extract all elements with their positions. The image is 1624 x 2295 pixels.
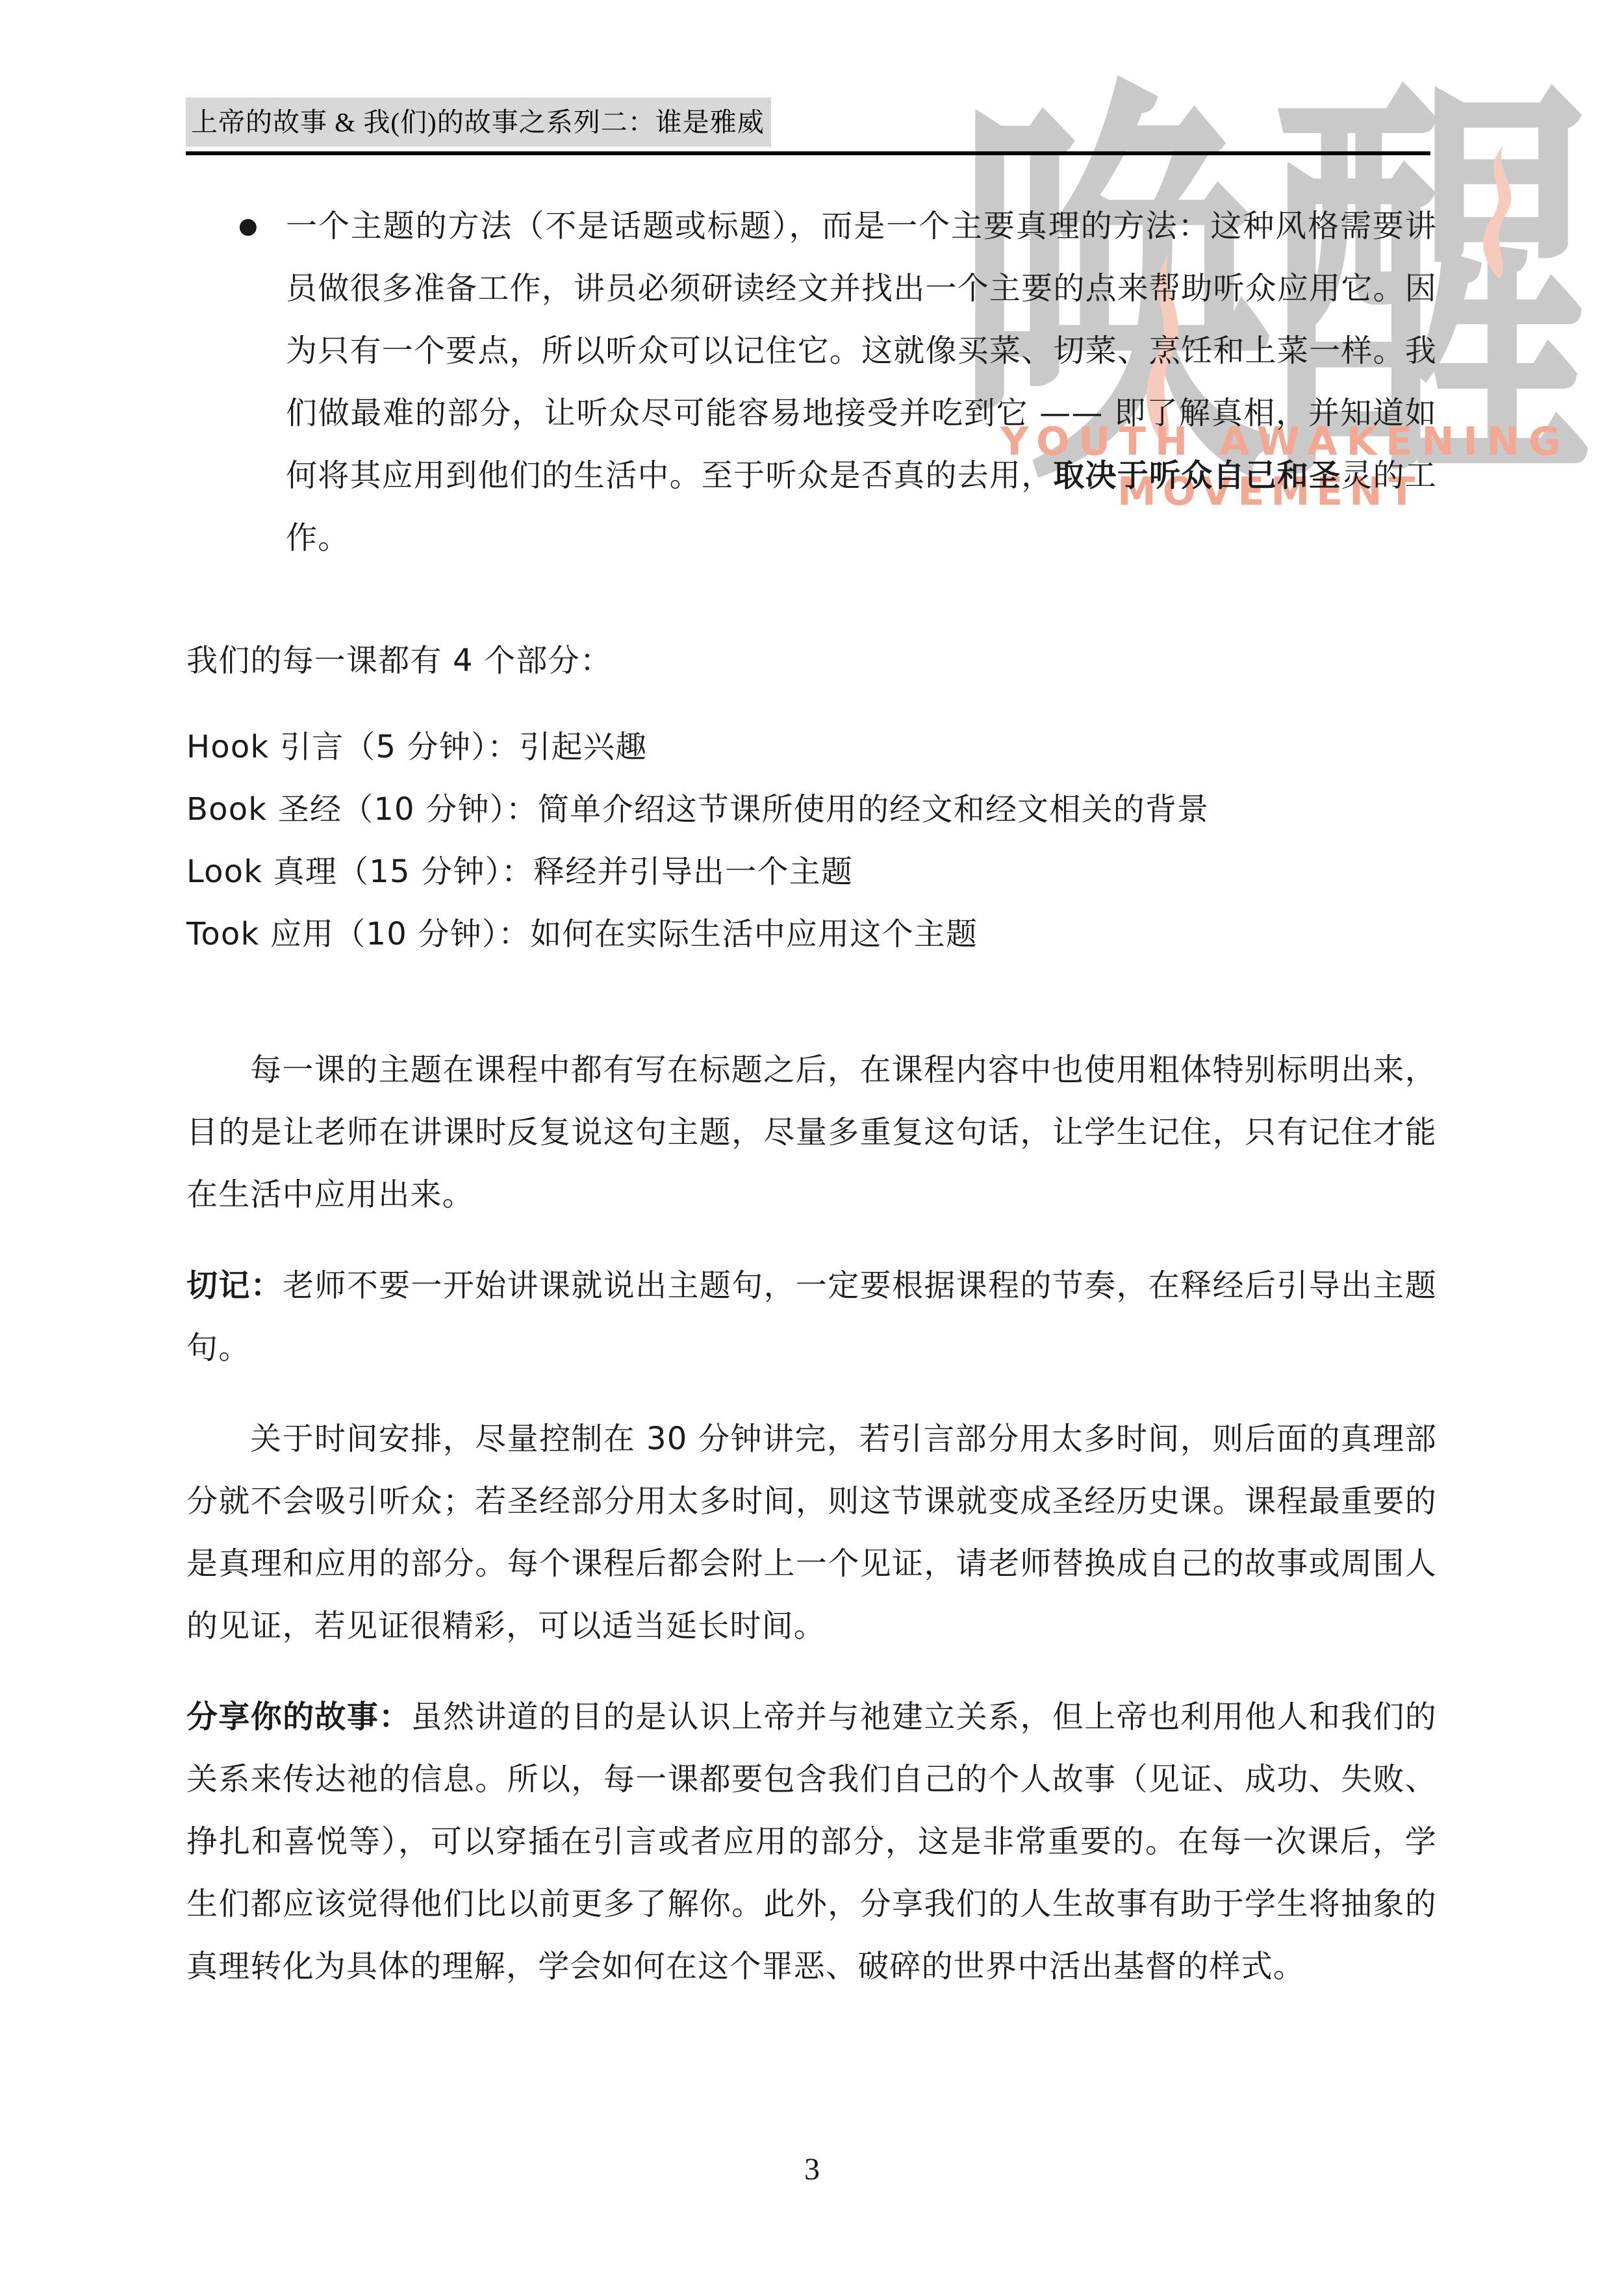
document-page: 唤醒 YOUTH AWAKENING MOVEMENT 上帝的故事 & 我(们)…: [0, 0, 1624, 2295]
paragraph-reminder: 切记：老师不要一开始讲课就说出主题句，一定要根据课程的节奏，在释经后引导出主题句…: [186, 1254, 1437, 1379]
lesson-part-look: Look 真理（15 分钟）：释经并引导出一个主题: [186, 841, 1437, 903]
page-number: 3: [0, 2151, 1624, 2187]
header-rule: [186, 151, 1430, 155]
bullet-marker: ●: [238, 195, 259, 257]
paragraph-theme: 每一课的主题在课程中都有写在标题之后，在课程内容中也使用粗体特别标明出来，目的是…: [186, 1039, 1437, 1226]
lesson-part-book: Book 圣经（10 分钟）：简单介绍这节课所使用的经文和经文相关的背景: [186, 778, 1437, 841]
header-title: 上帝的故事 & 我(们)的故事之系列二：谁是雅威: [186, 97, 771, 147]
document-body: ● 一个主题的方法（不是话题或标题），而是一个主要真理的方法：这种风格需要讲员做…: [186, 195, 1437, 1997]
paragraph-timing: 关于时间安排，尽量控制在 30 分钟讲完，若引言部分用太多时间，则后面的真理部分…: [186, 1408, 1437, 1657]
bullet-paragraph: ● 一个主题的方法（不是话题或标题），而是一个主要真理的方法：这种风格需要讲员做…: [186, 195, 1437, 569]
flame-icon: [1460, 146, 1519, 279]
lesson-part-took: Took 应用（10 分钟）：如何在实际生活中应用这个主题: [186, 903, 1437, 965]
page-header: 上帝的故事 & 我(们)的故事之系列二：谁是雅威: [186, 97, 771, 147]
paragraph-share-story: 分享你的故事：虽然讲道的目的是认识上帝并与祂建立关系，但上帝也利用他人和我们的关…: [186, 1686, 1437, 1997]
intro-line: 我们的每一课都有 4 个部分：: [186, 629, 1437, 692]
bullet-paragraph-text: 一个主题的方法（不是话题或标题），而是一个主要真理的方法：这种风格需要讲员做很多…: [186, 195, 1437, 569]
lesson-part-hook: Hook 引言（5 分钟）：引起兴趣: [186, 716, 1437, 778]
